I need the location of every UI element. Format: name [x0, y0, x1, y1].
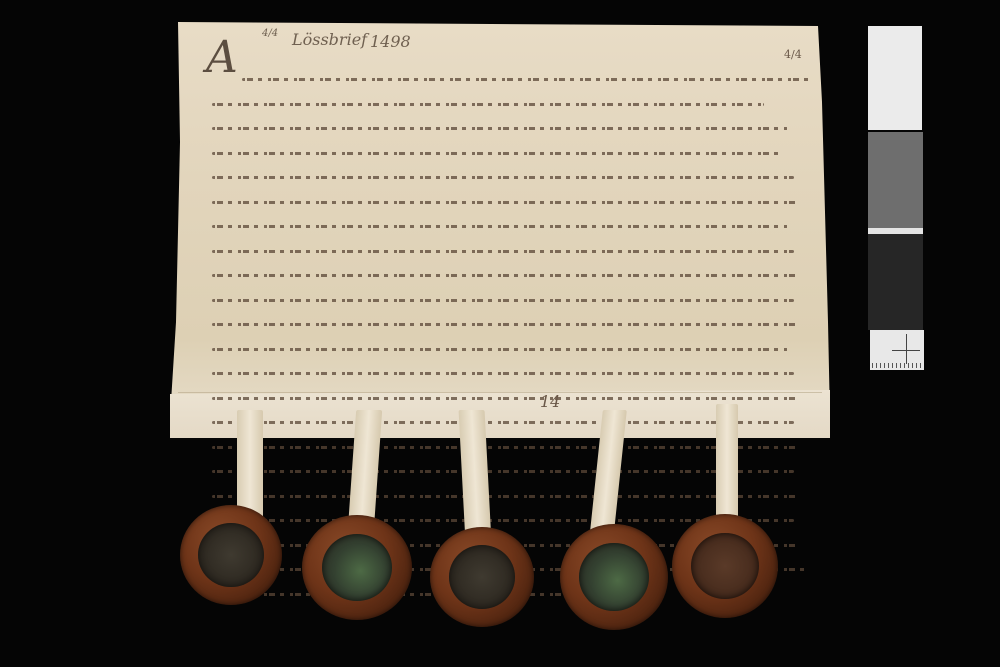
wax-seal-3 — [430, 527, 534, 627]
wax-seal-5 — [672, 514, 778, 618]
white-patch — [868, 26, 922, 130]
wax-seal-2 — [302, 515, 412, 620]
heading-annotation: Lössbrief — [292, 30, 367, 49]
seal-tag-5 — [716, 404, 738, 524]
archive-number: 14 — [540, 392, 560, 411]
wax-seal-4 — [560, 524, 668, 630]
wax-seal-1 — [180, 505, 282, 605]
corner-fraction: 4/4 — [262, 28, 278, 39]
seal-tag-1 — [237, 410, 263, 520]
ruler-ticks — [872, 363, 922, 368]
grey-patch — [868, 132, 923, 228]
color-calibration-card — [868, 26, 924, 370]
corner-number: 4/4 — [784, 50, 802, 60]
scale-patch — [870, 330, 924, 370]
date-annotation: 1498 — [370, 32, 411, 51]
dark-patch — [868, 234, 923, 330]
crosshair-vertical — [906, 334, 907, 364]
